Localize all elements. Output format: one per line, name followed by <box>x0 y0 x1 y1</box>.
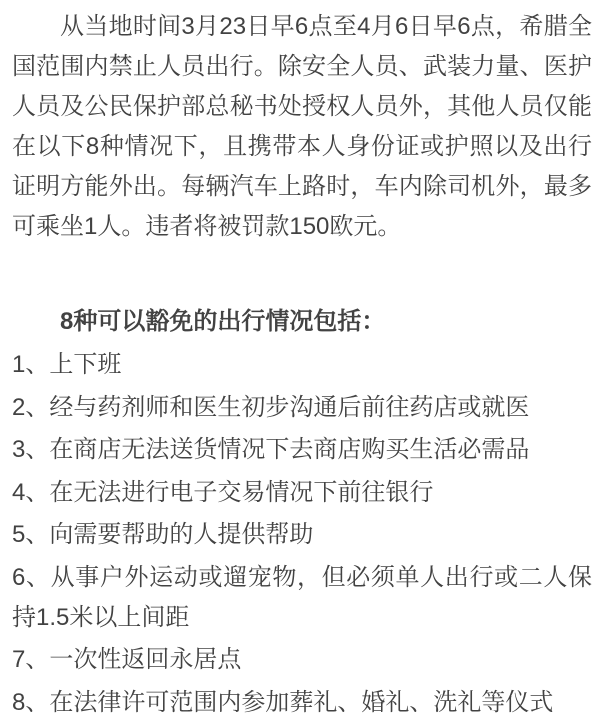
list-item: 2、经与药剂师和医生初步沟通后前往药店或就医 <box>12 388 592 428</box>
list-item: 5、向需要帮助的人提供帮助 <box>12 515 592 555</box>
list-item: 8、在法律许可范围内参加葬礼、婚礼、洗礼等仪式 <box>12 683 592 723</box>
list-item-text: 经与药剂师和医生初步沟通后前往药店或就医 <box>49 394 529 421</box>
list-item: 7、一次性返回永居点 <box>12 640 592 680</box>
list-item-text: 在商店无法送货情况下去商店购买生活必需品 <box>49 436 529 463</box>
list-item-number: 5、 <box>12 521 49 548</box>
list-item-text: 上下班 <box>49 351 121 378</box>
article-page: 从当地时间3月23日早6点至4月6日早6点，希腊全国范围内禁止人员出行。除安全人… <box>0 0 600 723</box>
exemption-list: 1、上下班 2、经与药剂师和医生初步沟通后前往药店或就医 3、在商店无法送货情况… <box>12 345 592 723</box>
list-item: 3、在商店无法送货情况下去商店购买生活必需品 <box>12 430 592 470</box>
list-item-number: 2、 <box>12 394 49 421</box>
list-item-number: 8、 <box>12 689 49 716</box>
list-item-number: 1、 <box>12 351 49 378</box>
list-item-number: 7、 <box>12 646 49 673</box>
list-item-number: 6、 <box>12 564 51 591</box>
list-item-text: 在无法进行电子交易情况下前往银行 <box>49 479 433 506</box>
list-item: 1、上下班 <box>12 345 592 385</box>
intro-paragraph: 从当地时间3月23日早6点至4月6日早6点，希腊全国范围内禁止人员出行。除安全人… <box>12 7 592 247</box>
list-item-number: 3、 <box>12 436 49 463</box>
list-item: 6、从事户外运动或遛宠物，但必须单人出行或二人保持1.5米以上间距 <box>12 558 592 638</box>
exemptions-heading: 8种可以豁免的出行情况包括： <box>12 302 592 342</box>
list-item-text: 在法律许可范围内参加葬礼、婚礼、洗礼等仪式 <box>49 689 553 716</box>
list-item-text: 从事户外运动或遛宠物，但必须单人出行或二人保持1.5米以上间距 <box>12 564 592 631</box>
list-item: 4、在无法进行电子交易情况下前往银行 <box>12 473 592 513</box>
list-item-text: 向需要帮助的人提供帮助 <box>49 521 313 548</box>
list-item-number: 4、 <box>12 479 49 506</box>
list-item-text: 一次性返回永居点 <box>49 646 241 673</box>
